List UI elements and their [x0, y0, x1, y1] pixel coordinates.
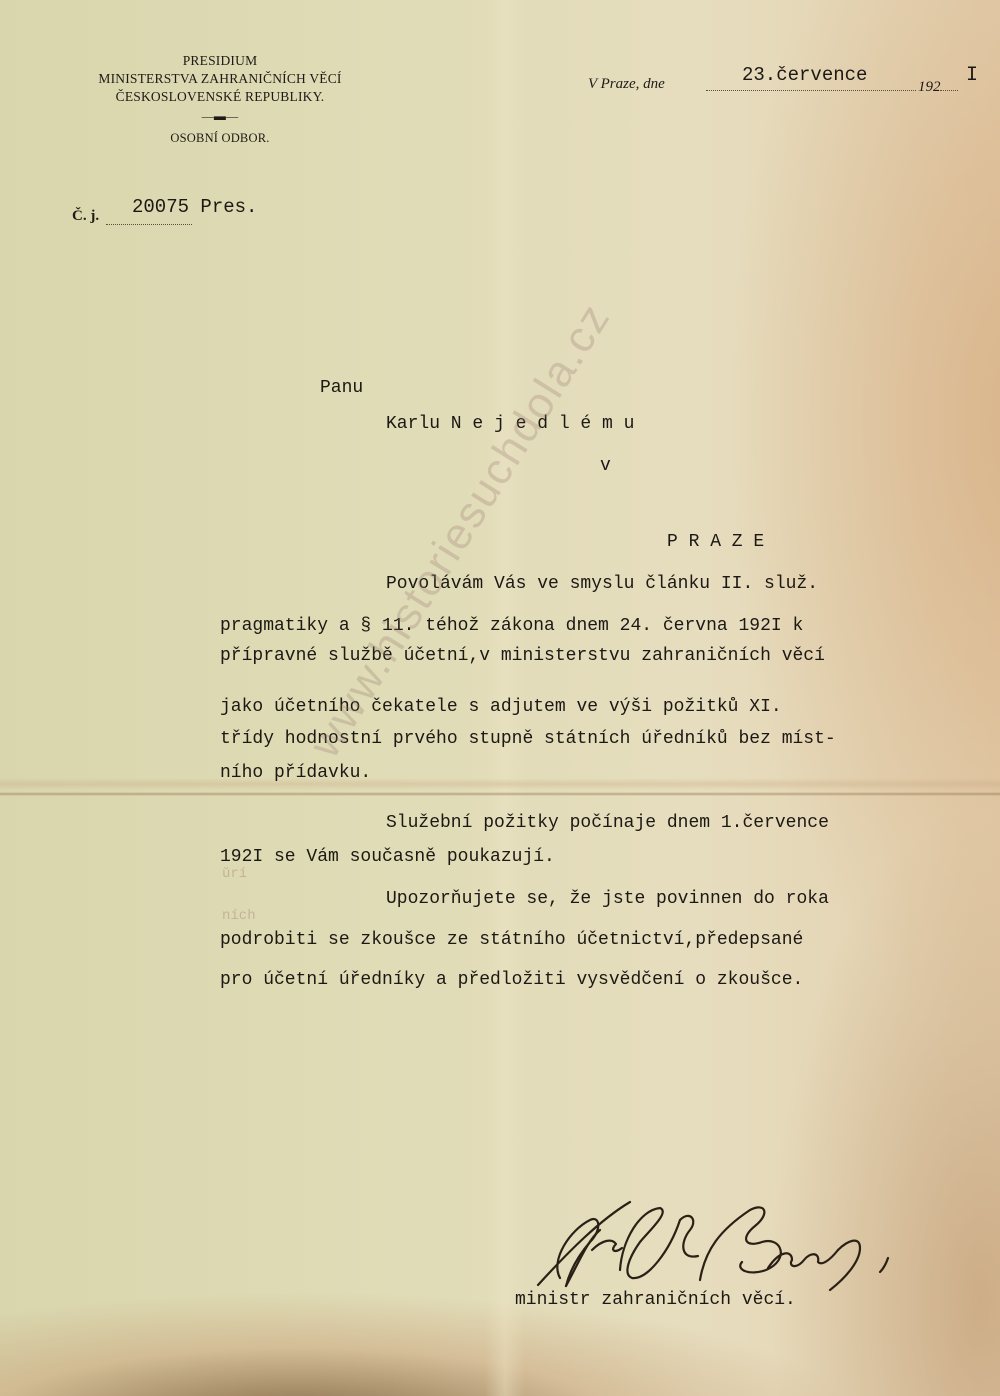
dateline-dotted-rule	[706, 90, 916, 91]
body-line-2: pragmatiky a § 11. téhož zákona dnem 24.…	[220, 616, 803, 636]
dateline-date: 23.července	[742, 64, 867, 86]
reference-value: 20075 Pres.	[132, 196, 257, 218]
body-line-9: Upozorňujete se, že jste povinnen do rok…	[386, 889, 829, 909]
dateline-year-prefix: 192	[918, 79, 941, 96]
letterhead-line-3: ČESKOSLOVENSKÉ REPUBLIKY.	[70, 88, 370, 106]
paper-fold-shadow	[0, 778, 1000, 790]
recipient-salutation: Panu	[320, 378, 363, 398]
letterhead: PRESIDIUM MINISTERSTVA ZAHRANIČNÍCH VĚCÍ…	[70, 52, 370, 147]
watermark-text: www.historiesuchdola.cz	[300, 294, 621, 766]
signature-scribble-icon	[530, 1190, 910, 1300]
letterhead-department: OSOBNÍ ODBOR.	[70, 129, 370, 147]
dateline-dotted-rule-2	[940, 90, 958, 91]
body-line-6: ního přídavku.	[220, 763, 371, 783]
recipient-preposition: v	[600, 456, 611, 476]
dateline-label: V Praze, dne	[588, 76, 665, 93]
body-line-3: přípravné službě účetní,v ministerstvu z…	[220, 646, 825, 666]
reference-dotted-rule	[106, 224, 192, 225]
signatory-title: ministr zahraničních věcí.	[515, 1290, 796, 1310]
letterhead-line-1: PRESIDIUM	[70, 52, 370, 70]
body-line-4: jako účetního čekatele s adjutem ve výši…	[220, 697, 782, 717]
reference-label: Č. j.	[72, 208, 99, 225]
dateline-year-suffix: I	[966, 64, 978, 87]
recipient-city: P R A Z E	[667, 532, 764, 552]
reference-number: Č. j. 20075 Pres.	[72, 196, 372, 230]
bleed-through-mark: ŭrí	[222, 866, 247, 882]
body-line-10: podrobiti se zkoušce ze státního účetnic…	[220, 930, 803, 950]
bleed-through-mark: ních	[222, 908, 256, 924]
letterhead-line-2: MINISTERSTVA ZAHRANIČNÍCH VĚCÍ	[70, 70, 370, 88]
letterhead-divider: —▬—	[70, 109, 370, 123]
paper-horizontal-fold	[0, 792, 1000, 796]
body-line-8: 192I se Vám současně poukazují.	[220, 847, 555, 867]
dateline: V Praze, dne 23.července 192 I	[588, 62, 988, 92]
body-line-7: Služební požitky počínaje dnem 1.červenc…	[386, 813, 829, 833]
signature	[530, 1190, 910, 1300]
body-line-11: pro účetní úředníky a předložiti vysvědč…	[220, 970, 803, 990]
